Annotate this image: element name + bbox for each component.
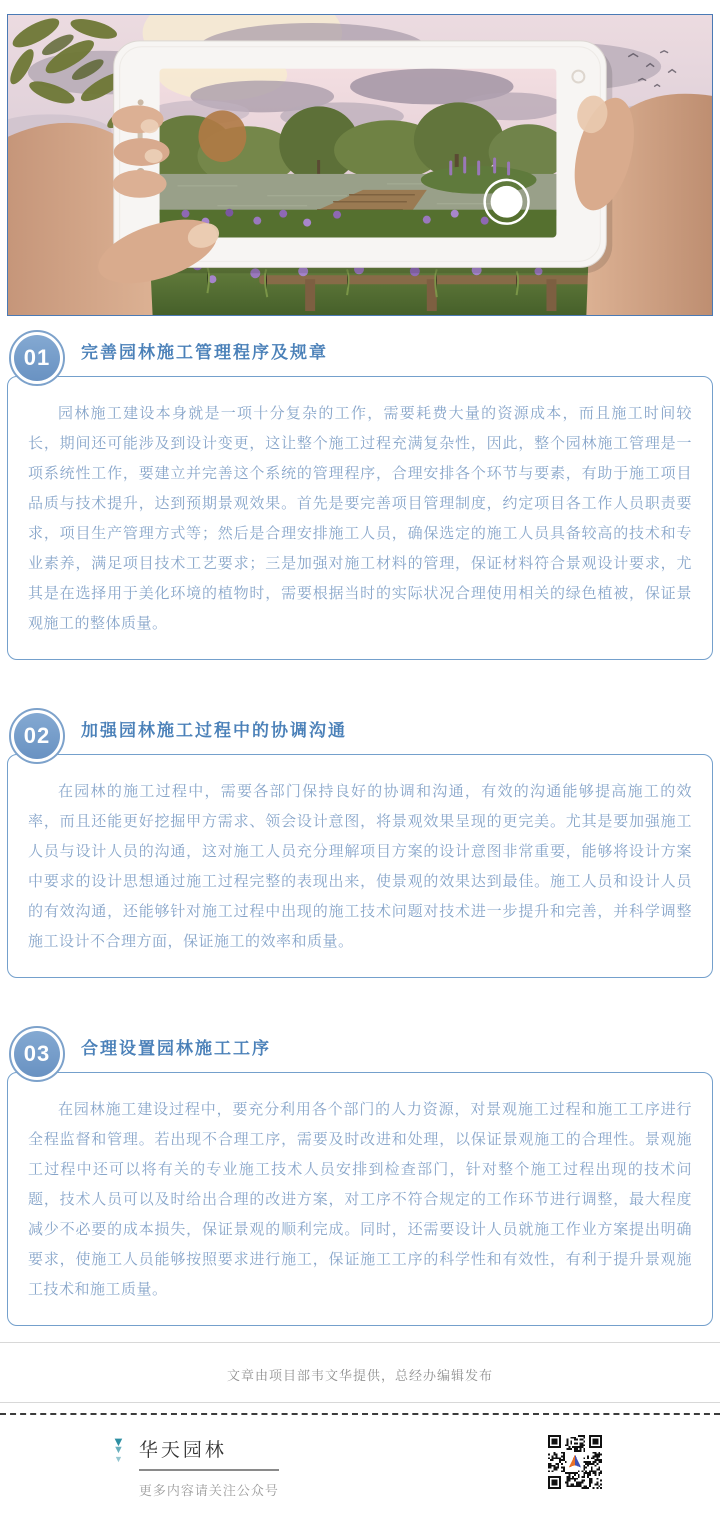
divider-top xyxy=(0,1342,720,1343)
section-2-content-box: 在园林的施工过程中，需要各部门保持良好的协调和沟通，有效的沟通能够提高施工的效率… xyxy=(7,754,713,978)
section-2-number-badge: 02 xyxy=(9,708,65,764)
section-2-paragraph: 在园林的施工过程中，需要各部门保持良好的协调和沟通，有效的沟通能够提高施工的效率… xyxy=(28,777,692,957)
park-photo-illustration xyxy=(8,15,712,315)
brand-block: ▼ ▼ ▼ 华天园林 更多内容请关注公众号 xyxy=(112,1435,279,1499)
article-page: 01 完善园林施工管理程序及规章 园林施工建设本身就是一项十分复杂的工作，需要耗… xyxy=(0,0,720,1527)
section-1-content-box: 园林施工建设本身就是一项十分复杂的工作，需要耗费大量的资源成本，而且施工时间较长… xyxy=(7,376,713,660)
brand-tagline: 更多内容请关注公众号 xyxy=(139,1480,279,1499)
section-2-title: 加强园林施工过程中的协调沟通 xyxy=(81,716,347,741)
camera-shutter-icon xyxy=(485,180,529,224)
attribution-text: 文章由项目部韦文华提供，总经办编辑发布 xyxy=(0,1365,720,1384)
section-1: 01 完善园林施工管理程序及规章 园林施工建设本身就是一项十分复杂的工作，需要耗… xyxy=(7,330,713,660)
left-fingers xyxy=(112,105,170,197)
qr-code-image xyxy=(548,1435,602,1489)
footer: ▼ ▼ ▼ 华天园林 更多内容请关注公众号 xyxy=(0,1415,720,1527)
section-3-title: 合理设置园林施工工序 xyxy=(81,1034,271,1059)
qr-code xyxy=(548,1435,602,1489)
section-1-title: 完善园林施工管理程序及规章 xyxy=(81,338,328,363)
section-3-number: 03 xyxy=(14,1031,60,1077)
section-3: 03 合理设置园林施工工序 在园林施工建设过程中，要充分利用各个部门的人力资源，… xyxy=(7,1026,713,1326)
section-3-number-badge: 03 xyxy=(9,1026,65,1082)
divider-bottom xyxy=(0,1402,720,1403)
brand-link[interactable]: 华天园林 xyxy=(139,1435,279,1471)
phone-screen xyxy=(145,49,569,238)
section-3-paragraph: 在园林施工建设过程中，要充分利用各个部门的人力资源，对景观施工过程和施工工序进行… xyxy=(28,1095,692,1305)
section-2-number: 02 xyxy=(14,713,60,759)
section-3-content-box: 在园林施工建设过程中，要充分利用各个部门的人力资源，对景观施工过程和施工工序进行… xyxy=(7,1072,713,1326)
hero-image xyxy=(7,14,713,316)
section-1-number-badge: 01 xyxy=(9,330,65,386)
triple-chevron-down-icon: ▼ ▼ ▼ xyxy=(112,1437,125,1464)
section-1-paragraph: 园林施工建设本身就是一项十分复杂的工作，需要耗费大量的资源成本，而且施工时间较长… xyxy=(28,399,692,639)
section-1-number: 01 xyxy=(14,335,60,381)
section-2: 02 加强园林施工过程中的协调沟通 在园林的施工过程中，需要各部门保持良好的协调… xyxy=(7,708,713,978)
